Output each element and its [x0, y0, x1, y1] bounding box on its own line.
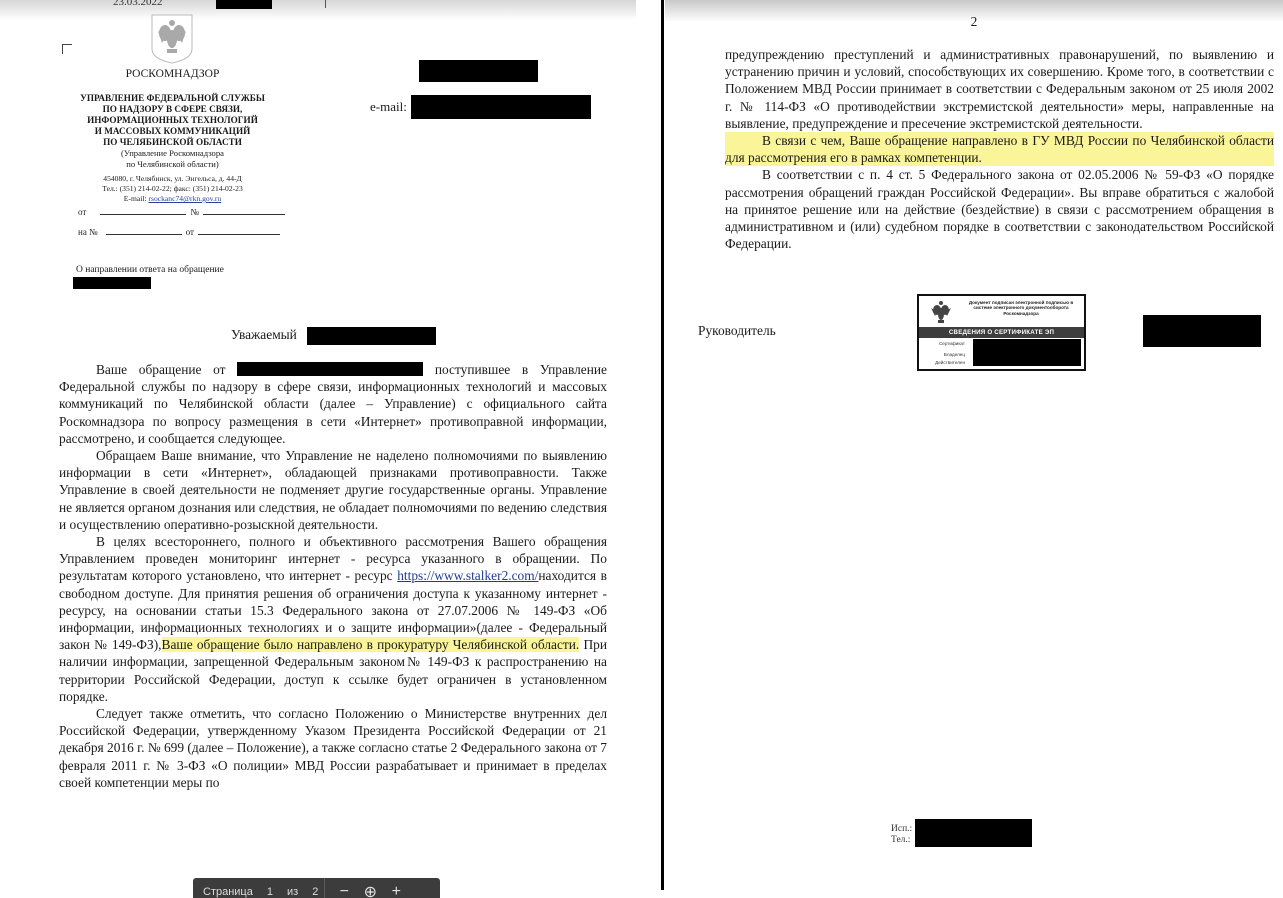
- paragraph: Следует также отметить, что согласно Пол…: [59, 705, 607, 791]
- stalker2-link[interactable]: https://www.stalker2.com/: [397, 568, 538, 583]
- org-sub-line: по Челябинской области): [60, 159, 285, 170]
- org-sub-line: (Управление Роскомнадзора: [60, 148, 285, 159]
- paragraph: В соответствии с п. 4 ст. 5 Федерального…: [725, 166, 1274, 252]
- recipient-email-label: e-mail:: [370, 99, 407, 115]
- redacted-salutation-name: [307, 327, 436, 345]
- email-label: E-mail:: [124, 194, 149, 203]
- redacted-signer-name: [1143, 315, 1261, 347]
- blank-line: [203, 213, 285, 215]
- russian-coat-of-arms-icon: [150, 13, 194, 65]
- toolbar-separator: [324, 878, 325, 898]
- org-sub-name: (Управление Роскомнадзора по Челябинской…: [60, 148, 285, 169]
- page-number: 2: [665, 14, 1283, 30]
- outgoing-registration-row: от №: [78, 207, 285, 217]
- org-phone: Тел.: (351) 214-02-22; факс: (351) 214-0…: [60, 184, 285, 194]
- plus-icon[interactable]: +: [383, 883, 409, 898]
- text: Ваше обращение от: [96, 362, 226, 377]
- letter-body-continued: предупреждению преступлений и администра…: [725, 46, 1274, 252]
- redacted-subject: [73, 277, 151, 289]
- redacted-recipient-email: [411, 95, 591, 119]
- reg-from-label: от: [186, 227, 194, 237]
- stamp-field-label: Сертификат: [921, 341, 965, 346]
- redacted-executor: [915, 819, 1032, 847]
- zoom-icon[interactable]: ⊕: [357, 882, 383, 898]
- total-pages: 2: [312, 886, 318, 898]
- org-line: И МАССОВЫХ КОММУНИКАЦИЙ: [60, 126, 285, 137]
- redacted-recipient-name: [419, 60, 538, 82]
- current-page-input[interactable]: 1: [267, 886, 273, 898]
- page-label: Страница: [203, 886, 253, 898]
- org-full-name: УПРАВЛЕНИЕ ФЕДЕРАЛЬНОЙ СЛУЖБЫ ПО НАДЗОРУ…: [60, 93, 285, 148]
- org-line: УПРАВЛЕНИЕ ФЕДЕРАЛЬНОЙ СЛУЖБЫ: [60, 93, 285, 104]
- executor-label: Исп.:: [891, 824, 912, 834]
- registration-date: 23.03.2022: [113, 0, 163, 8]
- header-tick: [325, 0, 326, 8]
- reg-num-label: №: [190, 207, 199, 217]
- minus-icon[interactable]: −: [331, 883, 357, 898]
- org-email-link[interactable]: rsockanc74@rkn.gov.ru: [148, 194, 221, 203]
- zoom-controls: − ⊕ +: [331, 878, 409, 898]
- stamp-field-label: Действителен: [921, 360, 965, 365]
- page-top-shade: [0, 0, 636, 20]
- highlighted-text: Ваше обращение было направлено в прокура…: [162, 637, 580, 652]
- stamp-note: Документ подписан электронной подписью в…: [963, 300, 1079, 316]
- org-short-name: РОСКОМНАДЗОР: [60, 68, 285, 80]
- reg-num-label: на №: [78, 227, 98, 237]
- org-email-line: E-mail: rsockanc74@rkn.gov.ru: [60, 194, 285, 204]
- executor-phone-label: Тел.:: [891, 835, 910, 845]
- coat-of-arms-icon: [929, 299, 953, 325]
- incoming-registration-row: на № от: [78, 227, 280, 237]
- letter-body: Ваше обращение от поступившее в Управлен…: [59, 361, 607, 791]
- letter-subject: О направлении ответа на обращение: [76, 265, 224, 275]
- redacted-certificate-info: [973, 339, 1081, 366]
- pdf-viewer-toolbar: Страница 1 из 2 − ⊕ +: [193, 878, 440, 898]
- page-divider: [661, 0, 664, 890]
- corner-bracket: [62, 44, 72, 54]
- blank-line: [100, 213, 186, 215]
- paragraph: Ваше обращение от поступившее в Управлен…: [59, 361, 607, 447]
- paragraph: Обращаем Ваше внимание, что Управление н…: [59, 447, 607, 533]
- reg-from-label: от: [78, 207, 86, 217]
- org-line: ИНФОРМАЦИОННЫХ ТЕХНОЛОГИЙ: [60, 115, 285, 126]
- stamp-title: СВЕДЕНИЯ О СЕРТИФИКАТЕ ЭП: [919, 327, 1084, 338]
- blank-line: [106, 233, 182, 235]
- blank-line: [198, 233, 280, 235]
- e-signature-stamp: Документ подписан электронной подписью в…: [917, 294, 1086, 371]
- org-address: 454080, г. Челябинск, ул. Энгельса, д. 4…: [60, 174, 285, 184]
- paragraph: предупреждению преступлений и администра…: [725, 46, 1274, 132]
- highlighted-paragraph: В связи с чем, Ваше обращение направлено…: [725, 132, 1274, 166]
- document-page-1: 23.03.2022 РОСКОМНАДЗОР УПРАВЛЕНИЕ ФЕДЕР…: [0, 0, 636, 898]
- redacted-reg-number: [216, 0, 272, 9]
- org-line: ПО ЧЕЛЯБИНСКОЙ ОБЛАСТИ: [60, 137, 285, 148]
- document-page-2: 2 предупреждению преступлений и админист…: [665, 0, 1283, 890]
- redacted-date: [237, 362, 423, 376]
- org-contacts: 454080, г. Челябинск, ул. Энгельса, д. 4…: [60, 174, 285, 204]
- paragraph: В целях всестороннего, полного и объекти…: [59, 533, 607, 705]
- org-line: ПО НАДЗОРУ В СФЕРЕ СВЯЗИ,: [60, 104, 285, 115]
- of-label: из: [287, 886, 298, 898]
- stamp-field-label: Владелец: [921, 352, 965, 357]
- page-indicator: Страница 1 из 2: [193, 878, 318, 898]
- salutation: Уважаемый: [231, 327, 297, 343]
- signer-role: Руководитель: [698, 323, 776, 339]
